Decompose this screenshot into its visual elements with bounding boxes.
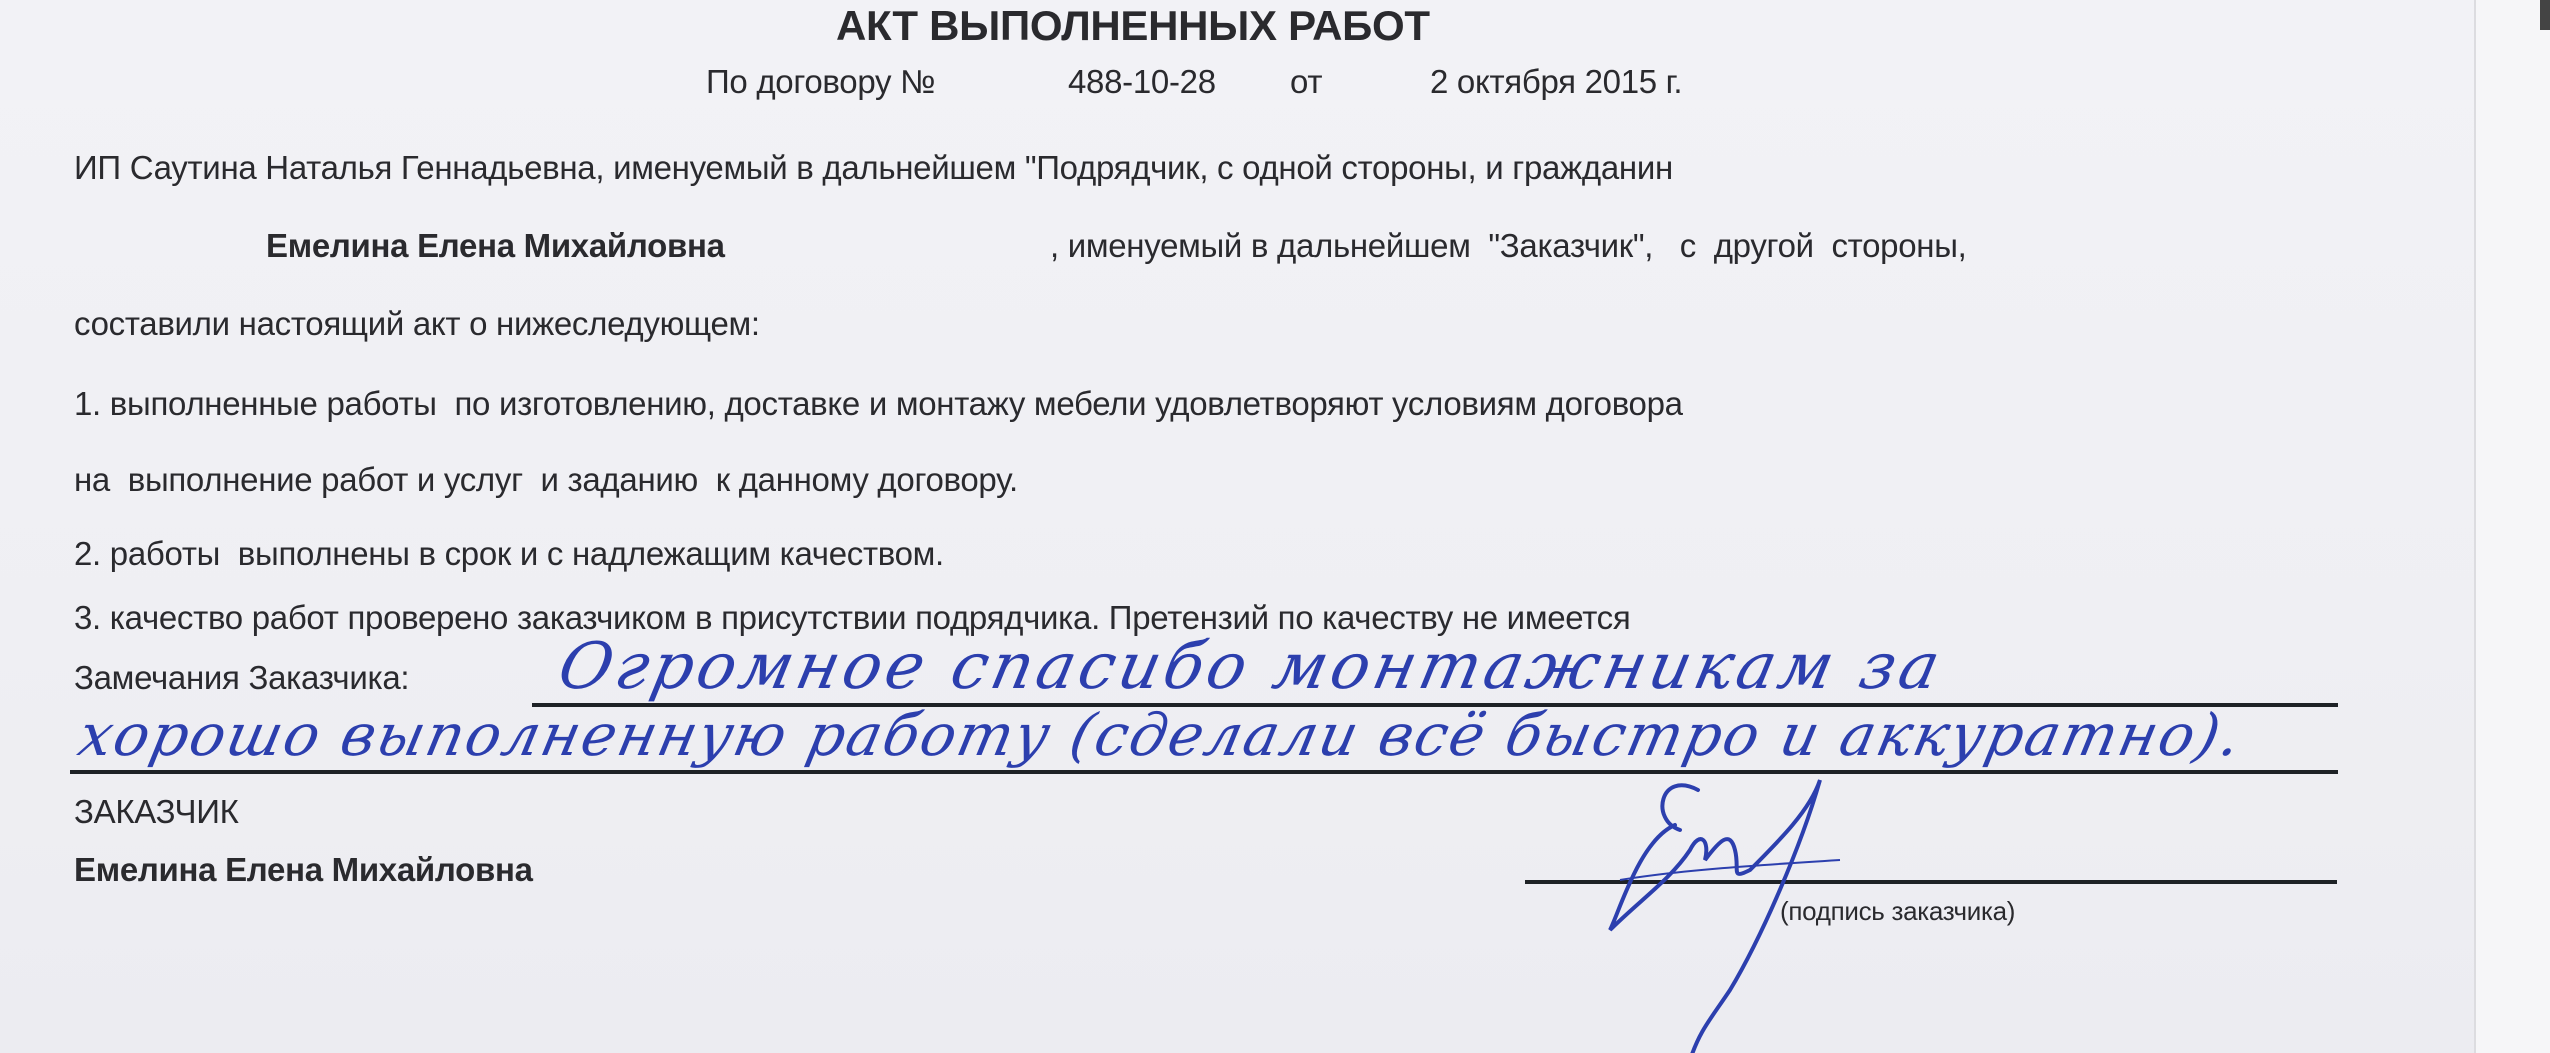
contract-number: 488-10-28 — [1068, 62, 1216, 102]
handwritten-signature-icon — [1580, 760, 2080, 1020]
scanned-paper: АКТ ВЫПОЛНЕННЫХ РАБОТ По договору № 488-… — [0, 0, 2474, 1053]
contract-from-label: от — [1290, 62, 1322, 102]
signature-role: ЗАКАЗЧИК — [74, 792, 239, 832]
signature-customer-name: Емелина Елена Михайловна — [74, 850, 533, 890]
scan-border — [2540, 0, 2550, 30]
contract-date: 2 октября 2015 г. — [1430, 62, 1682, 102]
paper-edge — [2474, 0, 2550, 1053]
document-title: АКТ ВЫПОЛНЕННЫХ РАБОТ — [836, 2, 1430, 50]
parties-line-2: , именуемый в дальнейшем "Заказчик", с д… — [1050, 226, 1967, 266]
clause-1-continued: на выполнение работ и услуг и заданию к … — [74, 460, 1018, 500]
parties-line-1: ИП Саутина Наталья Геннадьевна, именуемы… — [74, 148, 1673, 188]
customer-name: Емелина Елена Михайловна — [266, 226, 725, 266]
handwritten-remark-line-1: Огромное спасибо монтажникам за — [553, 632, 1950, 702]
clause-2: 2. работы выполнены в срок и с надлежащи… — [74, 534, 944, 574]
remarks-label: Замечания Заказчика: — [74, 658, 409, 698]
contract-prefix: По договору № — [706, 62, 935, 102]
clause-1: 1. выполненные работы по изготовлению, д… — [74, 384, 1683, 424]
intro-text: составили настоящий акт о нижеследующем: — [74, 304, 760, 344]
